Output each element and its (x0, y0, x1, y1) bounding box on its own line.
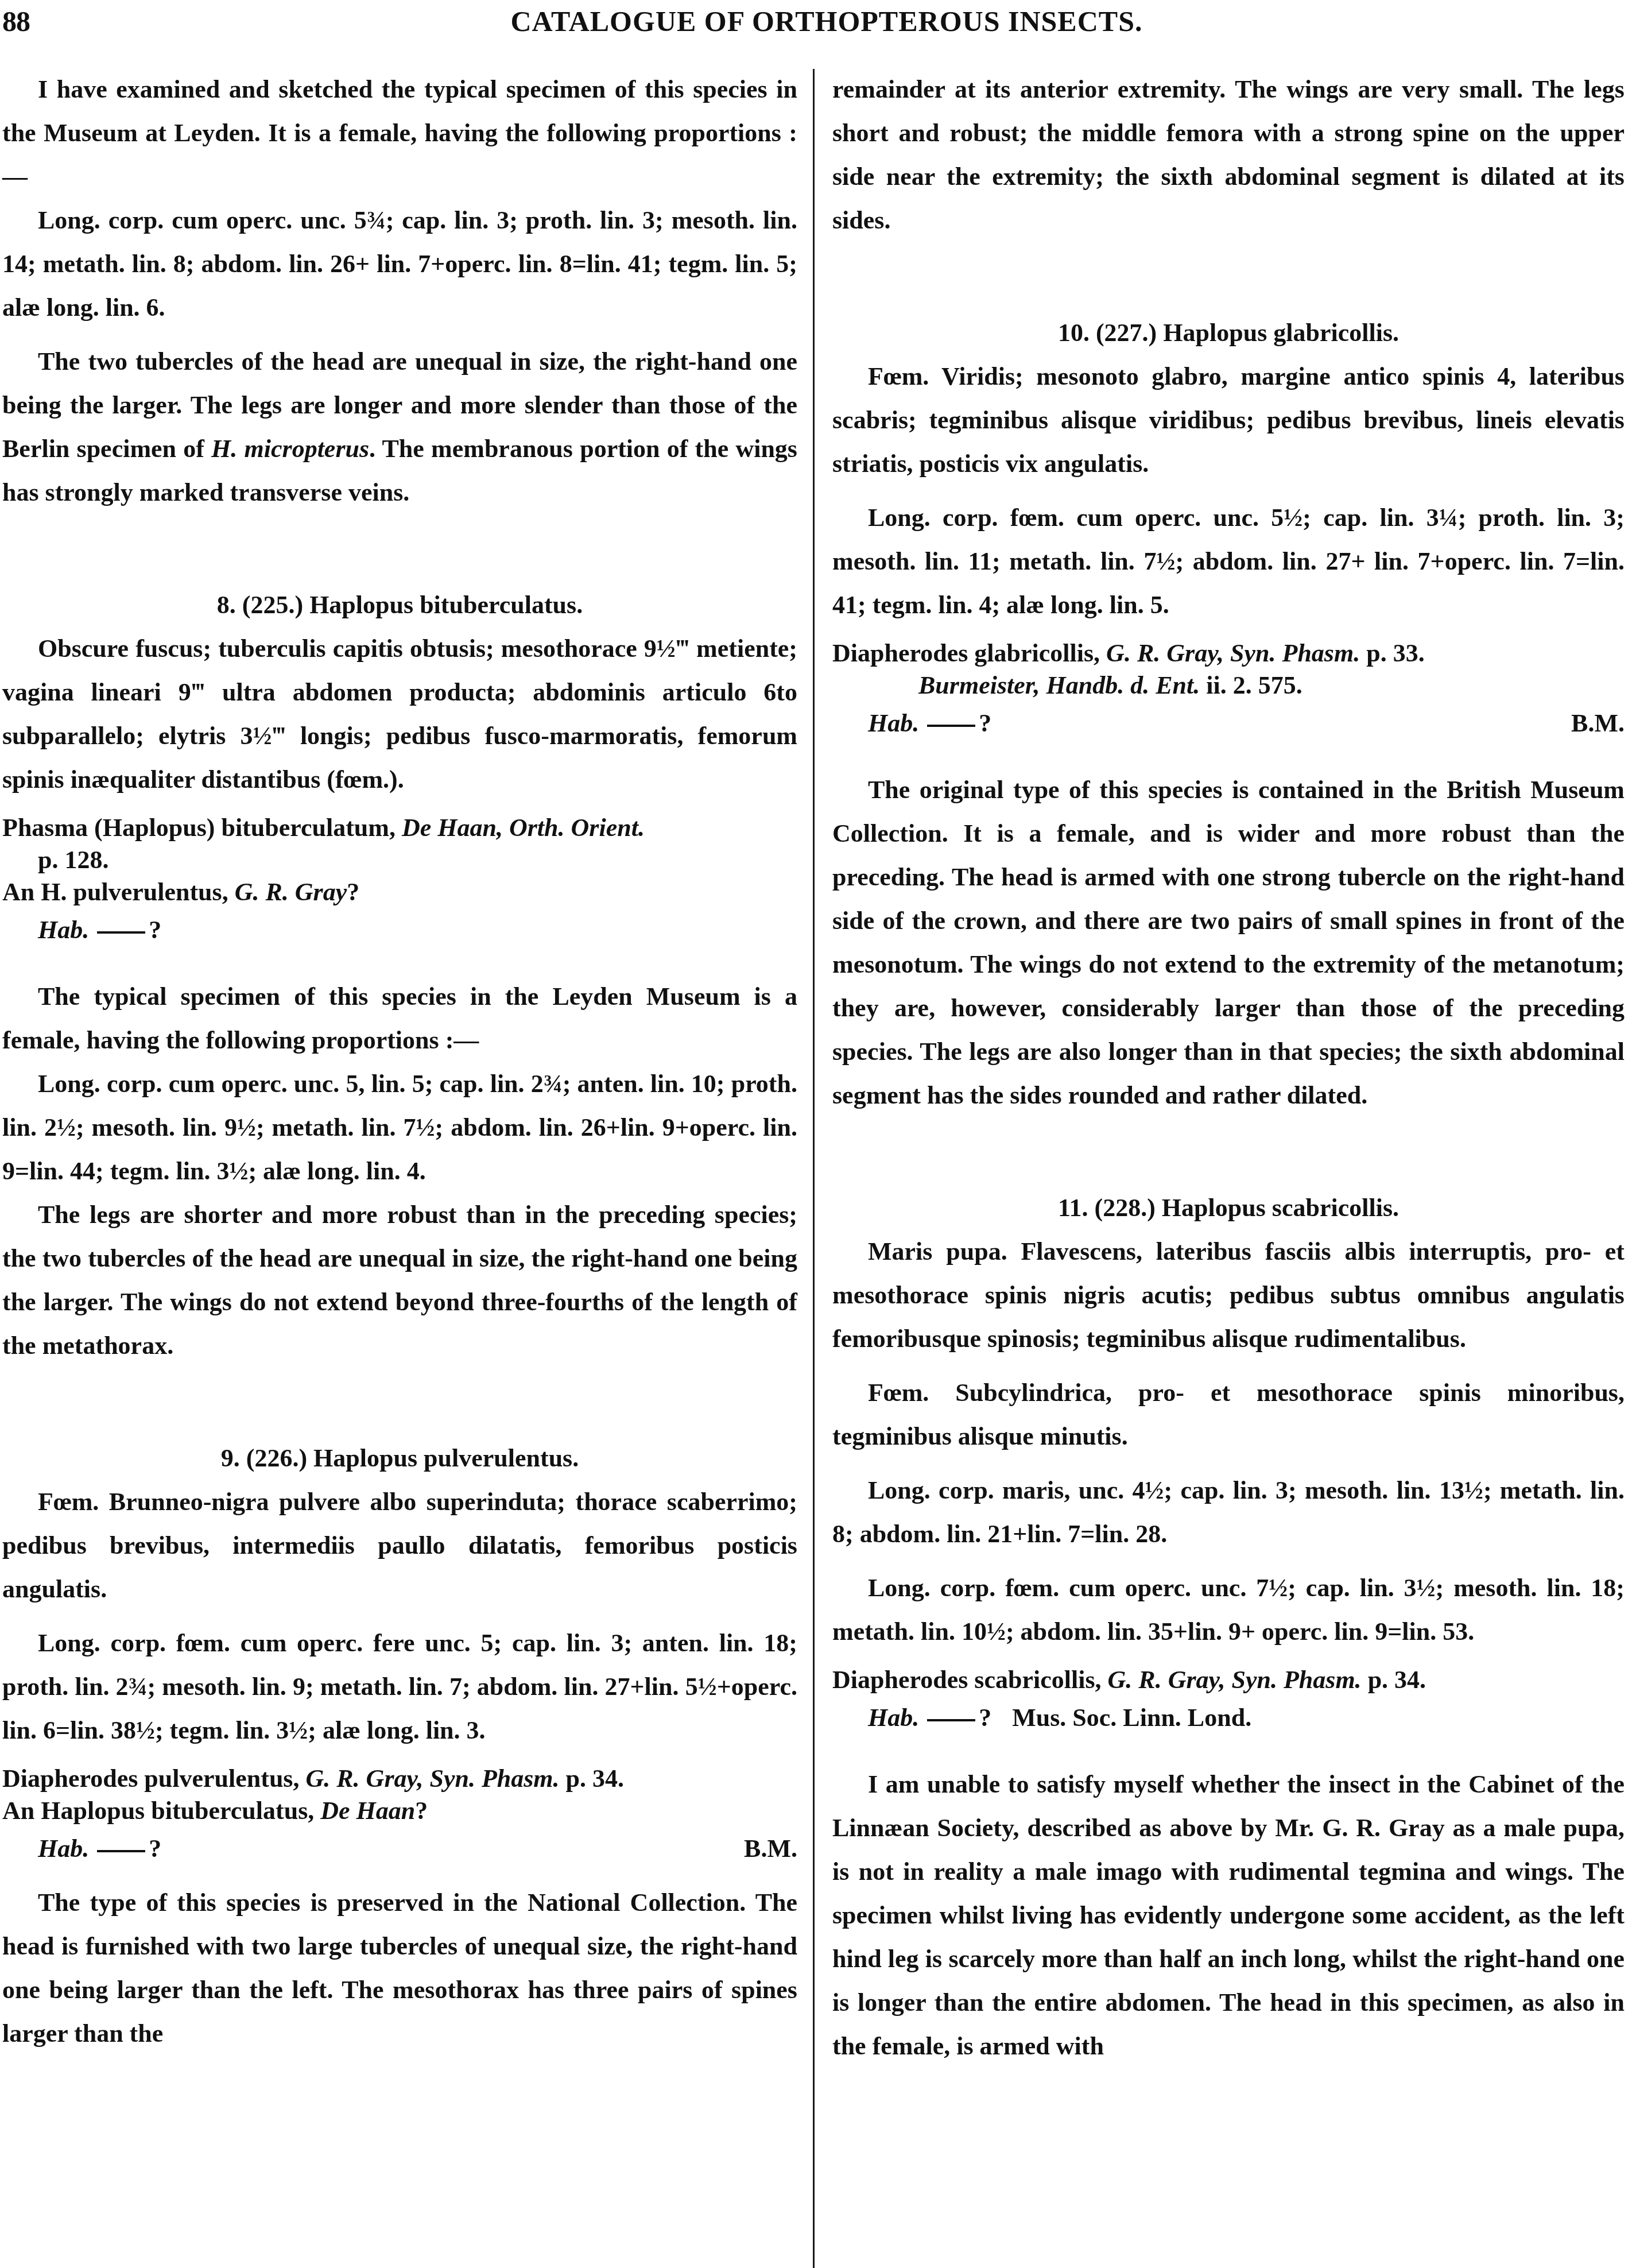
measurements: Long. corp. fœm. cum operc. unc. 5½; cap… (832, 496, 1625, 627)
measurements: Long. corp. fœm. cum operc. fere unc. 5;… (2, 1621, 797, 1752)
dash (927, 1719, 975, 1721)
habitat-line: Hab.? (2, 908, 797, 952)
diagnosis: Obscure fuscus; tuberculis capitis obtus… (2, 627, 797, 802)
left-column: I have examined and sketched the typical… (2, 68, 797, 2056)
hab-label: Hab. (38, 1834, 89, 1863)
paragraph: I am unable to satisfy myself whether th… (832, 1763, 1625, 2068)
measurements-male: Long. corp. maris, unc. 4½; cap. lin. 3;… (832, 1469, 1625, 1556)
synonymy: Diapherodes scabricollis, G. R. Gray, Sy… (832, 1664, 1625, 1696)
paragraph: The two tubercles of the head are unequa… (2, 340, 797, 514)
species-heading: 8. (225.) Haplopus bituberculatus. (2, 583, 797, 627)
running-head: 88 CATALOGUE OF ORTHOPTEROUS INSECTS. (0, 5, 1636, 39)
diagnosis: Fœm. Viridis; mesonoto glabro, margine a… (832, 355, 1625, 486)
hab-label: Hab. (38, 916, 89, 944)
synonymy: An Haplopus bituberculatus, De Haan? (2, 1795, 797, 1827)
paragraph: remainder at its anterior extremity. The… (832, 68, 1625, 242)
paragraph: I have examined and sketched the typical… (2, 68, 797, 199)
hab-label: Hab. (868, 709, 919, 737)
synonymy: An H. pulverulentus, G. R. Gray? (2, 876, 797, 908)
dash (97, 931, 145, 934)
species-heading: 9. (226.) Haplopus pulverulentus. (2, 1437, 797, 1480)
measurements: Long. corp. cum operc. unc. 5¾; cap. lin… (2, 199, 797, 330)
paragraph: The original type of this species is con… (832, 768, 1625, 1117)
diagnosis: Fœm. Brunneo-nigra pulvere albo superind… (2, 1480, 797, 1611)
synonymy: Diapherodes pulverulentus, G. R. Gray, S… (2, 1763, 797, 1795)
synonymy: Phasma (Haplopus) bituberculatum, De Haa… (2, 812, 797, 876)
species-number: 8. (225.) (217, 591, 303, 619)
species-number: 11. (228.) (1058, 1194, 1156, 1222)
diagnosis-male: Maris pupa. Flavescens, lateribus fascii… (832, 1230, 1625, 1361)
taxon-name: H. micropterus (211, 435, 369, 463)
right-column: remainder at its anterior extremity. The… (832, 68, 1625, 2068)
paragraph: The type of this species is preserved in… (2, 1881, 797, 2056)
column-rule (813, 69, 815, 2268)
species-name: Haplopus scabricollis. (1162, 1194, 1399, 1222)
species-heading: 10. (227.) Haplopus glabricollis. (832, 311, 1625, 355)
collection: B.M. (1571, 702, 1625, 745)
hab-label: Hab. (868, 1704, 919, 1732)
dash (927, 725, 975, 727)
habitat-line: Hab.? B.M. (832, 702, 1625, 745)
collection: Mus. Soc. Linn. Lond. (1012, 1696, 1251, 1740)
measurements-female: Long. corp. fœm. cum operc. unc. 7½; cap… (832, 1566, 1625, 1654)
dash (97, 1850, 145, 1852)
species-name: Haplopus pulverulentus. (313, 1444, 579, 1472)
measurements: Long. corp. cum operc. unc. 5, lin. 5; c… (2, 1062, 797, 1193)
species-heading: 11. (228.) Haplopus scabricollis. (832, 1186, 1625, 1230)
running-title: CATALOGUE OF ORTHOPTEROUS INSECTS. (0, 5, 1636, 38)
species-number: 9. (226.) (221, 1444, 307, 1472)
species-name: Haplopus bituberculatus. (309, 591, 583, 619)
habitat-line: Hab.? Mus. Soc. Linn. Lond. (832, 1696, 1625, 1740)
paragraph: The typical specimen of this species in … (2, 975, 797, 1062)
species-number: 10. (227.) (1058, 319, 1157, 347)
collection: B.M. (744, 1827, 797, 1871)
synonymy: Diapherodes glabricollis, G. R. Gray, Sy… (832, 637, 1625, 702)
diagnosis-female: Fœm. Subcylindrica, pro- et mesothorace … (832, 1371, 1625, 1458)
species-name: Haplopus glabricollis. (1163, 319, 1399, 347)
habitat-line: Hab.? B.M. (2, 1827, 797, 1871)
paragraph: The legs are shorter and more robust tha… (2, 1193, 797, 1368)
